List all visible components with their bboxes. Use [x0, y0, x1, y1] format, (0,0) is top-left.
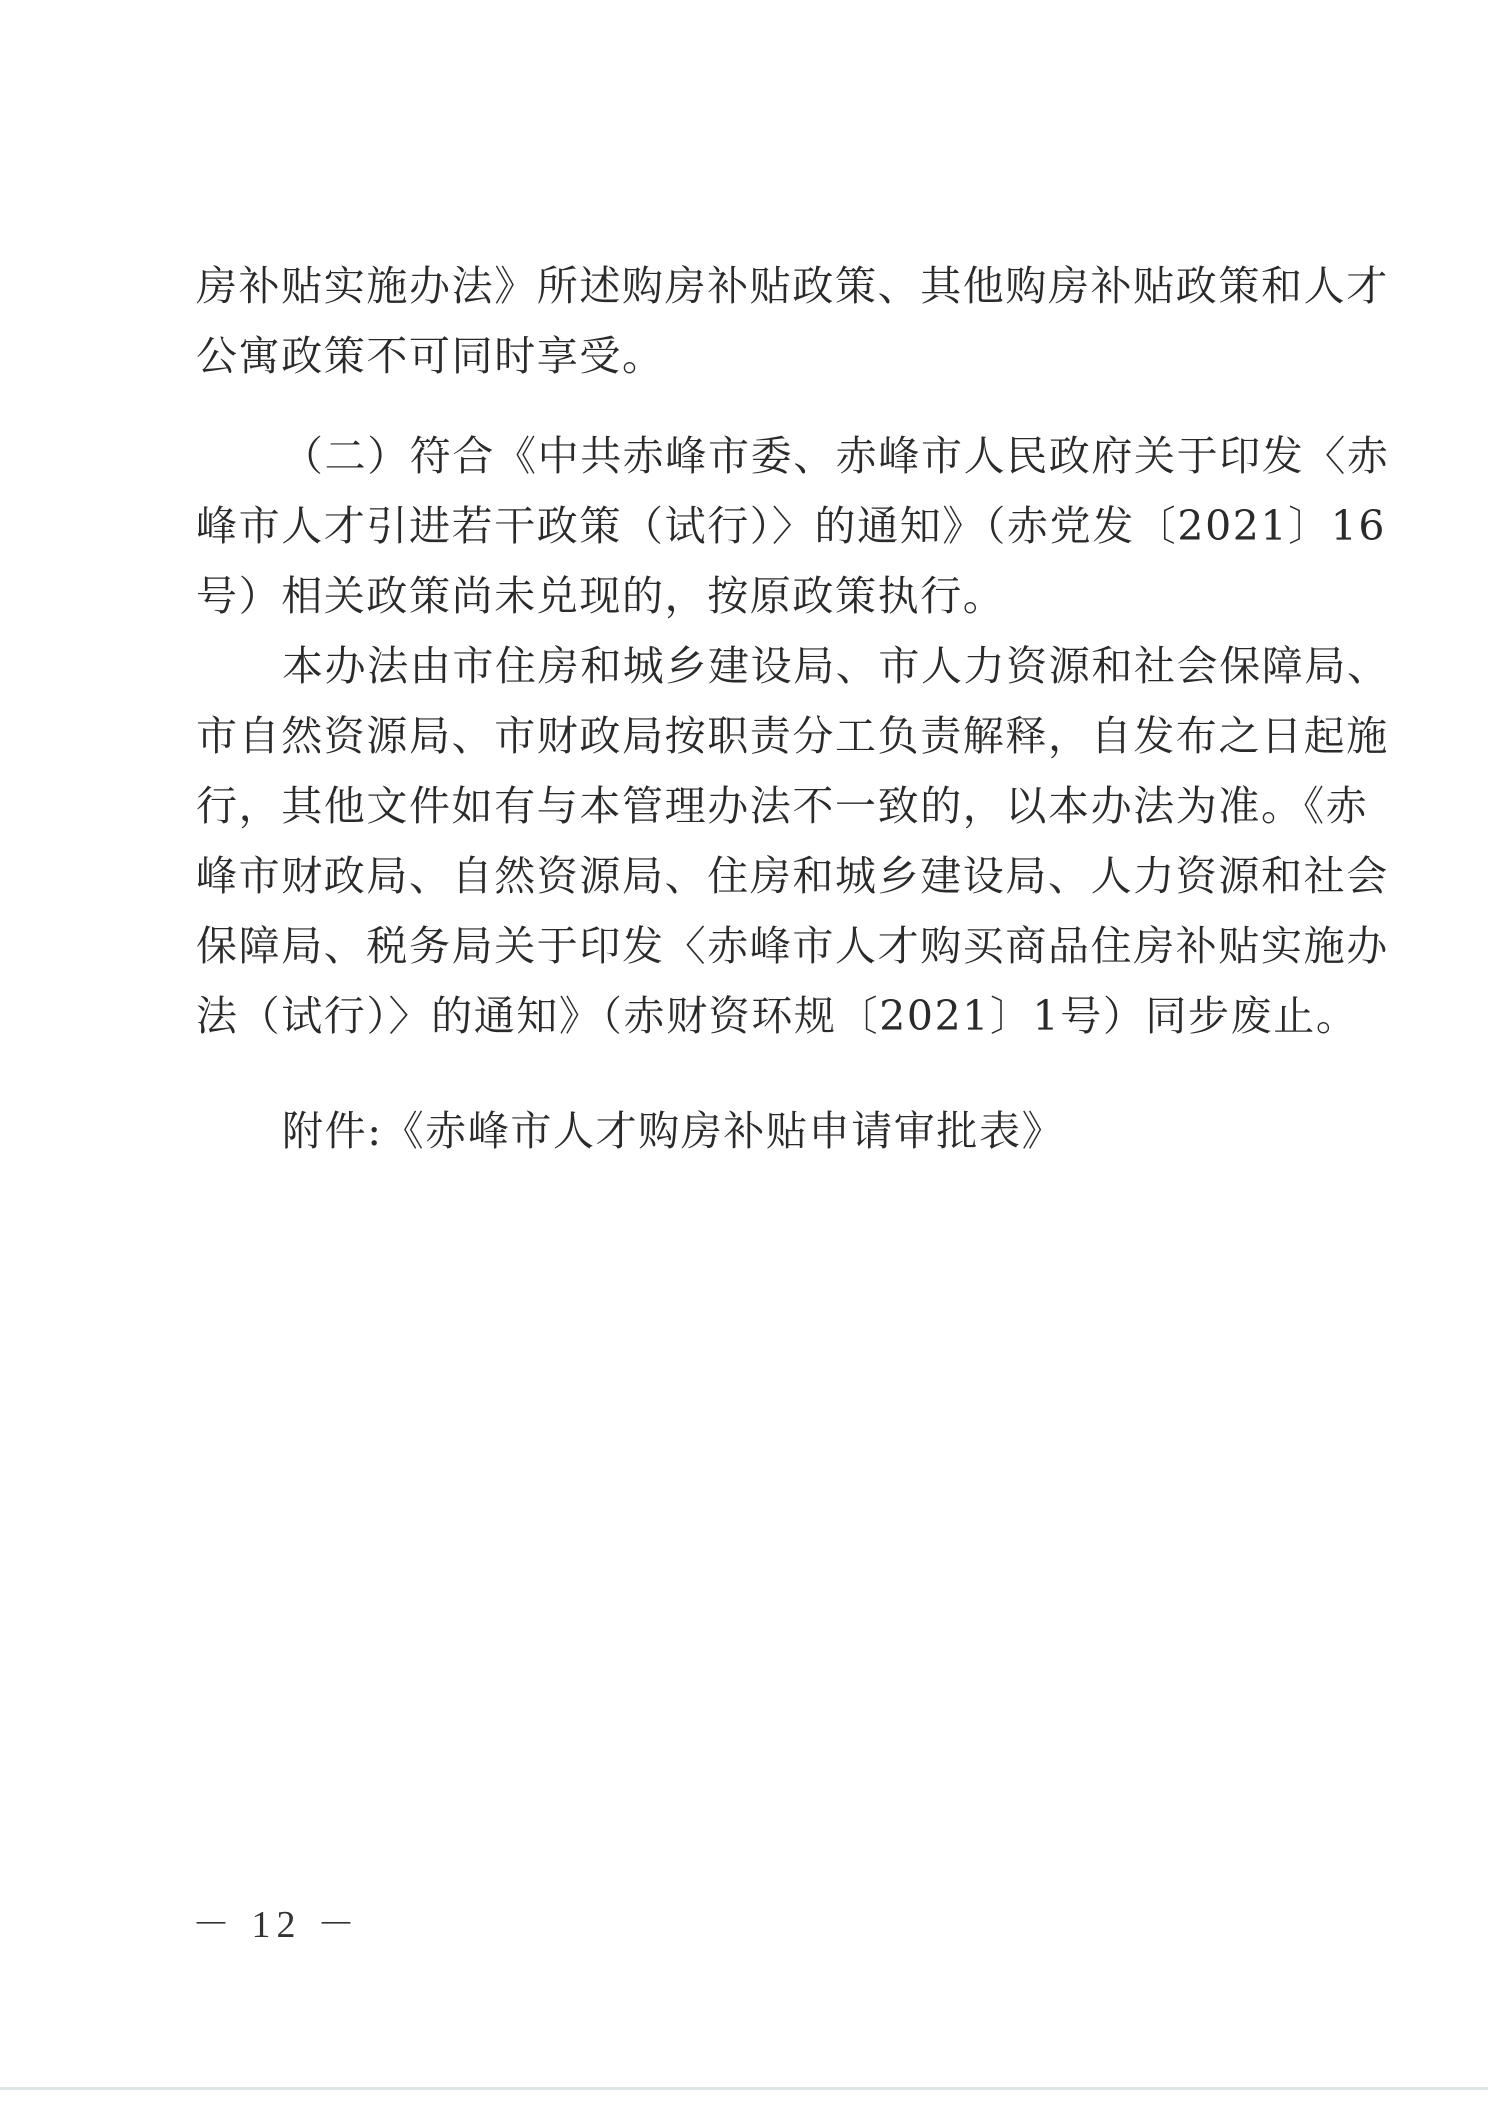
interpretation-paragraph-line: 市自然资源局、市财政局按职责分工负责解释，自发布之日起施 — [196, 708, 1304, 764]
clause-two-line: 号）相关政策尚未兑现的，按原政策执行。 — [196, 568, 1304, 624]
interpretation-paragraph-line: 行，其他文件如有与本管理办法不一致的，以本办法为准。《赤 — [196, 778, 1304, 834]
attachment-reference: 附件:《赤峰市人才购房补贴申请审批表》 — [282, 1103, 1064, 1159]
clause-two-line: （二）符合《中共赤峰市委、赤峰市人民政府关于印发〈赤 — [282, 428, 1304, 484]
interpretation-paragraph-line: 法（试行）〉的通知》（赤财资环规〔2021〕1号）同步废止。 — [196, 988, 1304, 1044]
clause-two-line: 峰市人才引进若干政策（试行）〉的通知》（赤党发〔2021〕16 — [196, 498, 1304, 554]
page-number: － 12 － — [192, 1900, 361, 1950]
interpretation-paragraph-line: 保障局、税务局关于印发〈赤峰市人才购买商品住房补贴实施办 — [196, 918, 1304, 974]
document-page: 房补贴实施办法》所述购房补贴政策、其他购房补贴政策和人才 公寓政策不可同时享受。… — [0, 0, 1488, 2106]
interpretation-paragraph-line: 本办法由市住房和城乡建设局、市人力资源和社会保障局、 — [282, 638, 1304, 694]
paragraph-line: 公寓政策不可同时享受。 — [196, 328, 1304, 384]
scan-edge-divider — [0, 2087, 1488, 2090]
paragraph-line: 房补贴实施办法》所述购房补贴政策、其他购房补贴政策和人才 — [196, 258, 1304, 314]
interpretation-paragraph-line: 峰市财政局、自然资源局、住房和城乡建设局、人力资源和社会 — [196, 848, 1304, 904]
